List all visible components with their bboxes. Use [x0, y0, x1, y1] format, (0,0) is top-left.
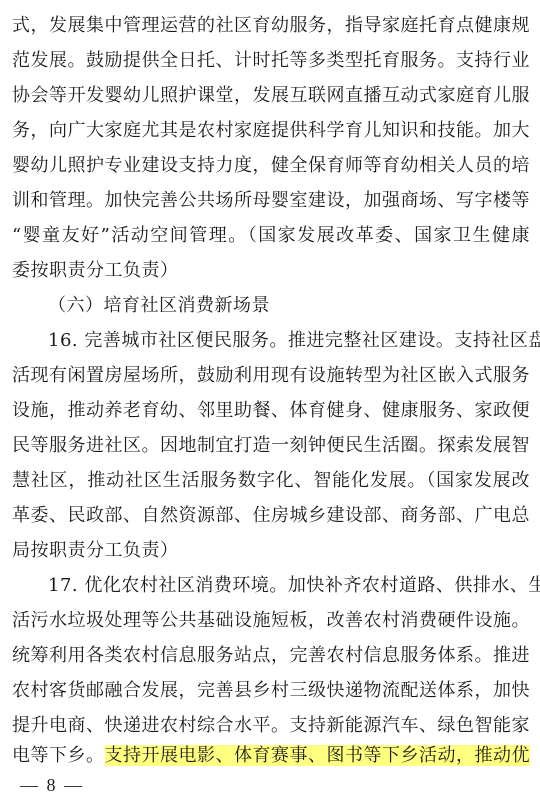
text-line: 革委、民政部、自然资源部、住房城乡建设部、商务部、广电总: [12, 504, 530, 528]
text-line: 农村客货邮融合发展，完善县乡村三级快递物流配送体系，加快: [12, 679, 530, 703]
text-line: 活污水垃圾处理等公共基础设施短板，改善农村消费硬件设施。: [12, 609, 530, 633]
text-line: 婴幼儿照护专业建设支持力度，健全保育师等育幼相关人员的培: [12, 154, 530, 178]
text-line: 统筹利用各类农村信息服务站点，完善农村信息服务体系。推进: [12, 644, 530, 668]
text-line: 委按职责分工负责）: [12, 259, 530, 283]
plain-text: 电等下乡。: [12, 745, 105, 766]
text-line: 训和管理。加快完善公共场所母婴室建设，加强商场、写字楼等: [12, 189, 530, 213]
text-line: 活现有闲置房屋场所，鼓励利用现有设施转型为社区嵌入式服务: [12, 364, 530, 388]
text-line: 式，发展集中管理运营的社区育幼服务，指导家庭托育点健康规: [12, 14, 530, 38]
item-16-heading-line: 16. 完善城市社区便民服务。推进完整社区建设。支持社区盘: [12, 329, 530, 353]
text-line: “婴童友好”活动空间管理。（国家发展改革委、国家卫生健康: [12, 224, 530, 248]
page-number: — 8 —: [20, 774, 84, 796]
highlighted-text: 支持开展电影、体育赛事、图书等下乡活动，推动优: [105, 745, 531, 766]
text-line: 提升电商、快递进农村综合水平。支持新能源汽车、绿色智能家: [12, 714, 530, 738]
section-heading: （六）培育社区消费新场景: [12, 294, 530, 318]
text-line: 务，向广大家庭尤其是农村家庭提供科学育儿知识和技能。加大: [12, 119, 530, 143]
text-line: 协会等开发婴幼儿照护课堂，发展互联网直播互动式家庭育儿服: [12, 84, 530, 108]
text-line-last: 电等下乡。支持开展电影、体育赛事、图书等下乡活动，推动优: [12, 744, 530, 768]
text-line: 范发展。鼓励提供全日托、计时托等多类型托育服务。支持行业: [12, 49, 530, 73]
item-17-heading-line: 17. 优化农村社区消费环境。加快补齐农村道路、供排水、生: [12, 574, 530, 598]
text-line: 局按职责分工负责）: [12, 539, 530, 563]
text-line: 慧社区，推动社区生活服务数字化、智能化发展。（国家发展改: [12, 469, 530, 493]
text-line: 民等服务进社区。因地制宜打造一刻钟便民生活圈。探索发展智: [12, 434, 530, 458]
text-line: 设施，推动养老育幼、邻里助餐、体育健身、健康服务、家政便: [12, 399, 530, 423]
